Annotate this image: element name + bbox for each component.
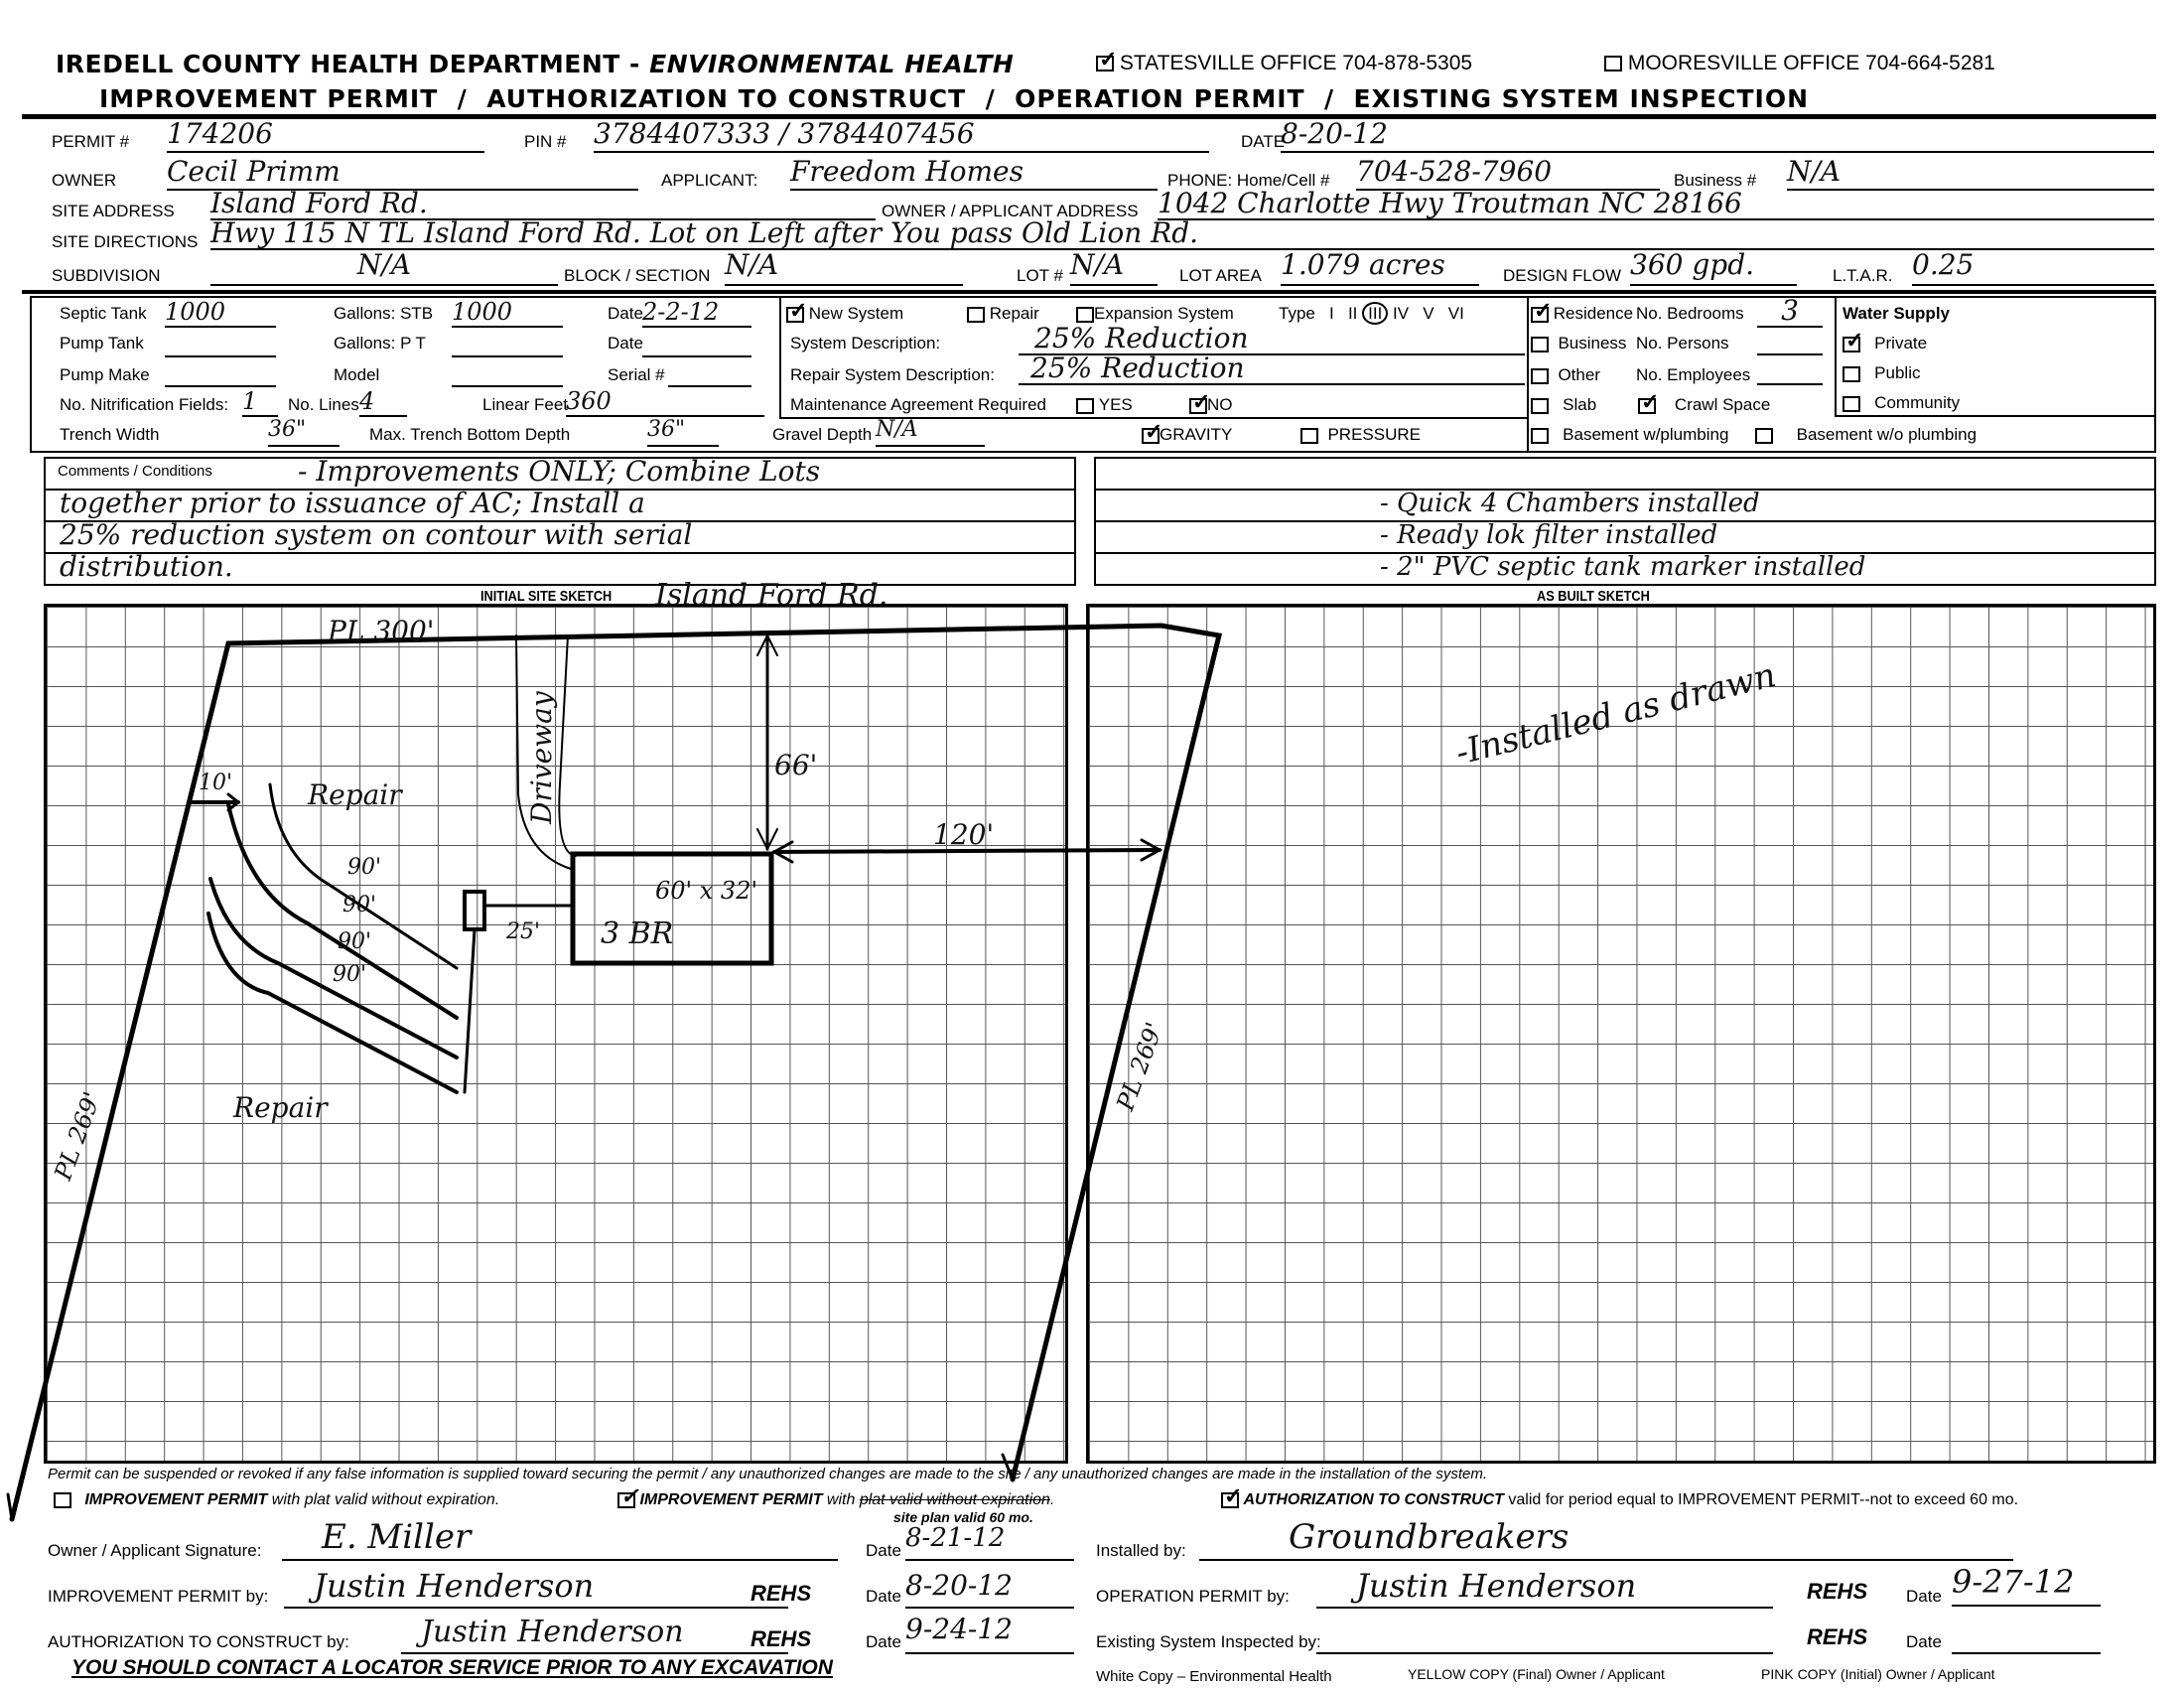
improvement-rehs: REHS bbox=[751, 1581, 811, 1607]
existing-inspected-label: Existing System Inspected by: bbox=[1096, 1632, 1321, 1652]
as-built-note: -Installed as drawn bbox=[1452, 655, 1780, 774]
permit-option-3-checkbox[interactable] bbox=[1221, 1492, 1239, 1508]
option-struck: plat valid without expiration bbox=[860, 1491, 1050, 1508]
dist-66-label: 66' bbox=[774, 749, 817, 781]
installed-by-field[interactable]: Groundbreakers bbox=[1199, 1517, 2013, 1561]
house-br-label: 3 BR bbox=[601, 916, 673, 951]
setback-10-label: 10' bbox=[199, 771, 232, 795]
existing-rehs: REHS bbox=[1807, 1624, 1867, 1650]
line-1-label: 90' bbox=[347, 855, 381, 880]
operation-date-field[interactable]: 9-27-12 bbox=[1952, 1563, 2101, 1607]
authorization-rehs: REHS bbox=[751, 1626, 811, 1652]
option-bold: AUTHORIZATION TO CONSTRUCT bbox=[1243, 1491, 1504, 1508]
existing-date-field[interactable] bbox=[1952, 1615, 2101, 1654]
option-bold: IMPROVEMENT PERMIT bbox=[84, 1491, 267, 1508]
improvement-signature-field[interactable]: Justin Henderson bbox=[284, 1567, 788, 1609]
operation-date-label: Date bbox=[1906, 1587, 1942, 1607]
operation-rehs: REHS bbox=[1807, 1579, 1867, 1605]
repair-bottom-label: Repair bbox=[232, 1091, 329, 1124]
repair-top-label: Repair bbox=[307, 778, 403, 811]
option-rest: with plat valid without expiration. bbox=[267, 1491, 499, 1508]
permit-option-1[interactable]: IMPROVEMENT PERMIT with plat valid witho… bbox=[54, 1491, 499, 1509]
driveway-label: Driveway bbox=[525, 690, 558, 825]
permit-option-3[interactable]: AUTHORIZATION TO CONSTRUCT valid for per… bbox=[1221, 1491, 2018, 1509]
operation-permit-label: OPERATION PERMIT by: bbox=[1096, 1587, 1290, 1607]
permit-option-2-checkbox[interactable] bbox=[617, 1492, 635, 1508]
disclaimer: Permit can be suspended or revoked if an… bbox=[48, 1466, 1487, 1482]
installed-by-label: Installed by: bbox=[1096, 1541, 1186, 1561]
copy-yellow: YELLOW COPY (Final) Owner / Applicant bbox=[1408, 1666, 1665, 1682]
line-4-label: 90' bbox=[333, 962, 366, 987]
line-2-label: 90' bbox=[342, 893, 376, 917]
pl-top-label: PL 300' bbox=[327, 615, 434, 647]
option-rest: valid for period equal to IMPROVEMENT PE… bbox=[1504, 1491, 2018, 1508]
permit-option-2[interactable]: IMPROVEMENT PERMIT with plat valid witho… bbox=[617, 1491, 1054, 1509]
improvement-permit-label: IMPROVEMENT PERMIT by: bbox=[48, 1587, 268, 1607]
dist-120-label: 120' bbox=[933, 818, 994, 851]
locator-warning: YOU SHOULD CONTACT A LOCATOR SERVICE PRI… bbox=[71, 1656, 833, 1680]
authorization-label: AUTHORIZATION TO CONSTRUCT by: bbox=[48, 1632, 349, 1652]
site-sketch-drawing: PL 300' Driveway 10' 66' 120' 60' x 32' … bbox=[0, 0, 2184, 1689]
copy-white: White Copy – Environmental Health bbox=[1096, 1668, 1332, 1685]
permit-option-1-checkbox[interactable] bbox=[54, 1492, 71, 1508]
owner-signature-field[interactable]: E. Miller bbox=[282, 1517, 838, 1561]
improvement-date-field[interactable]: 8-20-12 bbox=[905, 1569, 1074, 1609]
authorization-date-label: Date bbox=[866, 1632, 901, 1652]
authorization-date-field[interactable]: 9-24-12 bbox=[905, 1613, 1074, 1654]
existing-date-label: Date bbox=[1906, 1632, 1942, 1652]
option-bold: IMPROVEMENT PERMIT bbox=[639, 1491, 822, 1508]
line-3-label: 90' bbox=[338, 929, 371, 954]
owner-signature-label: Owner / Applicant Signature: bbox=[48, 1541, 261, 1561]
tank-dist-label: 25' bbox=[505, 919, 540, 944]
owner-date-field[interactable]: 8-21-12 bbox=[905, 1523, 1074, 1561]
option-rest: with bbox=[822, 1491, 859, 1508]
copy-pink: PINK COPY (Initial) Owner / Applicant bbox=[1761, 1666, 1995, 1682]
existing-signature-field[interactable] bbox=[1316, 1615, 1773, 1654]
operation-signature-field[interactable]: Justin Henderson bbox=[1316, 1567, 1773, 1609]
improvement-date-label: Date bbox=[866, 1587, 901, 1607]
authorization-signature-field[interactable]: Justin Henderson bbox=[401, 1615, 788, 1654]
house-dims-label: 60' x 32' bbox=[655, 877, 757, 905]
owner-date-label: Date bbox=[866, 1541, 901, 1561]
